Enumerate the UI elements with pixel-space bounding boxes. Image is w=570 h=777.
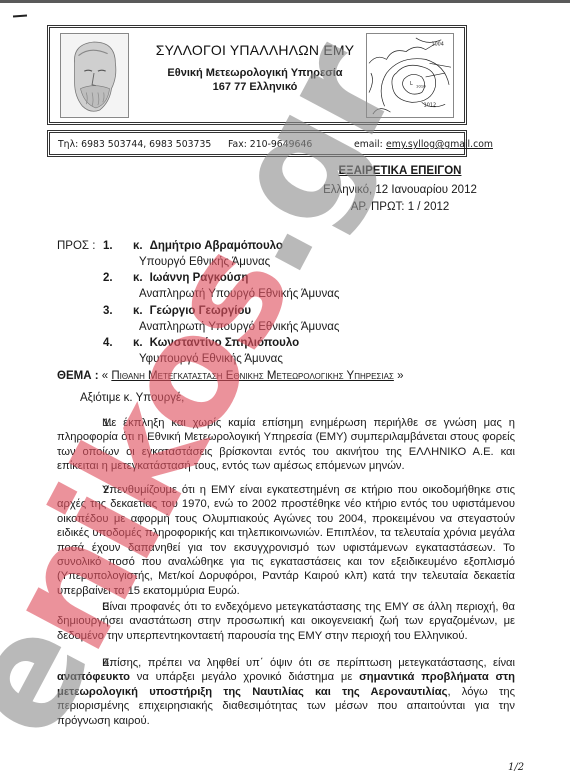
- org-title: ΣΥΛΛΟΓΟΙ ΥΠΑΛΛΗΛΩΝ ΕΜΥ: [145, 42, 365, 58]
- recipient-role: Αναπληρωτή Υπουργό Εθνικής Άμυνας: [139, 286, 339, 302]
- recipient-name: κ.Γεώργιο Γεωργίου: [133, 303, 251, 319]
- email-link[interactable]: emy.syllog@gmail.com: [386, 139, 493, 150]
- phone-numbers: Τηλ: 6983 503744, 6983 503735: [58, 139, 211, 150]
- paragraph-3: 3.Είναι προφανές ότι το ενδεχόμενο μετεγ…: [57, 600, 515, 643]
- email-label: email:: [354, 139, 383, 150]
- recipient-role: Υφυπουργό Εθνικής Άμυνας: [139, 351, 283, 367]
- svg-text:1010: 1010: [416, 84, 426, 89]
- fax-number: Fax: 210-9649646: [228, 139, 312, 150]
- salutation: Αξιότιμε κ. Υπουργέ,: [80, 392, 184, 404]
- svg-text:L: L: [410, 81, 413, 87]
- protocol-number: ΑΡ. ΠΡΩΤ: 1 / 2012: [300, 201, 500, 213]
- scan-top-edge: [0, 0, 570, 3]
- org-header: ΣΥΛΛΟΓΟΙ ΥΠΑΛΛΗΛΩΝ ΕΜΥ Εθνική Μετεωρολογ…: [145, 42, 365, 94]
- recipient-name: κ.Κωνσταντίνο Σπηλιόπουλο: [133, 335, 299, 351]
- scan-mark: [13, 15, 27, 18]
- paragraph-4: 4.Επίσης, πρέπει να ληφθεί υπ΄ όψιν ότι …: [57, 656, 515, 728]
- recipient-name: κ.Δημήτριο Αβραμόπουλο: [133, 238, 283, 254]
- org-name: Εθνική Μετεωρολογική Υπηρεσία: [145, 66, 365, 80]
- recipients-label: ΠΡΟΣ :: [57, 238, 95, 254]
- svg-text:1004: 1004: [431, 42, 443, 48]
- urgency-stamp: ΕΞΑΙΡΕΤΙΚΑ ΕΠΕΙΓΟΝ: [300, 165, 500, 177]
- subject-line: ΘΕΜΑ : « Πιθανη Μετεγκατασταση Εθνικης Μ…: [57, 370, 404, 382]
- subject-text: Πιθανη Μετεγκατασταση Εθνικης Μετεωρολογ…: [111, 370, 394, 382]
- recipient-role: Υπουργό Εθνικής Άμυνας: [139, 254, 270, 270]
- paragraph-2: 2.Υπενθυμίζουμε ότι η ΕΜΥ είναι εγκατεστ…: [57, 483, 515, 598]
- subject-label: ΘΕΜΑ :: [57, 370, 99, 382]
- letterhead: ΣΥΛΛΟΓΟΙ ΥΠΑΛΛΗΛΩΝ ΕΜΥ Εθνική Μετεωρολογ…: [47, 25, 467, 125]
- recipient-role: Αναπληρωτή Υπουργό Εθνικής Άμυνας: [139, 319, 339, 335]
- document-date: Ελληνικό, 12 Ιανουαρίου 2012: [300, 184, 500, 196]
- weather-map-icon: 1004 L 1010 1012: [366, 33, 454, 118]
- svg-text:1012: 1012: [424, 102, 436, 108]
- paragraph-1: 1.Με έκπληξη και χωρίς καμία επίσημη ενη…: [57, 416, 515, 474]
- aristotle-bust-icon: [60, 33, 129, 118]
- recipient-name: κ.Ιωάννη Ραγκούση: [133, 270, 248, 286]
- contact-bar: Τηλ: 6983 503744, 6983 503735 Fax: 210-9…: [47, 130, 467, 157]
- org-address: 167 77 Ελληνικό: [145, 80, 365, 94]
- page-number: 1/2: [508, 762, 524, 773]
